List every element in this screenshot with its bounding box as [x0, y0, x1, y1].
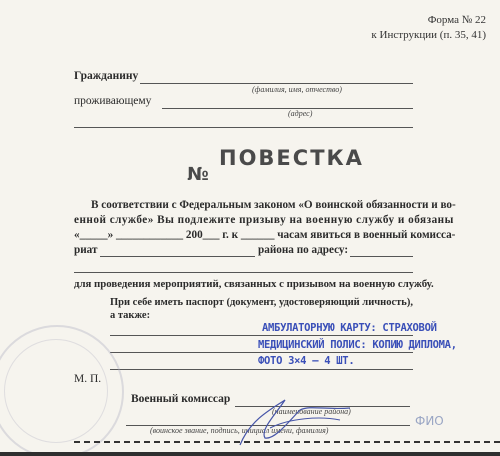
body-line-4-district: района по адресу:: [258, 244, 348, 256]
scan-edge: [0, 452, 500, 456]
commissariat-address-field[interactable]: [350, 256, 413, 257]
official-seal-inner-ring: [4, 339, 108, 443]
body-line-3-date-time: «_____» ____________ 200___ г. к ______ …: [74, 229, 455, 241]
form-number: Форма № 22: [428, 14, 486, 26]
commissariat-district-field[interactable]: [100, 256, 255, 257]
address-label: проживающему: [74, 95, 151, 107]
citizen-name-field[interactable]: [140, 83, 413, 84]
document-title: ПОВЕСТКА: [219, 146, 364, 170]
documents-field-line2[interactable]: [110, 352, 413, 353]
body-line-4-start: риат: [74, 244, 97, 256]
fio-placeholder: ФИО: [415, 414, 444, 428]
citizen-name-caption: (фамилия, имя, отчество): [252, 85, 342, 94]
address-caption: (адрес): [288, 109, 312, 118]
handwritten-line-2: МЕДИЦИНСКИЙ ПОЛИС: КОПИЮ ДИПЛОМА,: [258, 339, 457, 351]
handwritten-line-1: АМБУЛАТОРНУЮ КАРТУ: СТРАХОВОЙ: [262, 322, 437, 334]
summons-number-sign: №: [187, 164, 209, 185]
documents-required-line: При себе иметь паспорт (документ, удосто…: [110, 297, 413, 308]
seal-label: М. П.: [74, 373, 101, 385]
instruction-reference: к Инструкции (п. 35, 41): [371, 29, 486, 41]
body-purpose-line: для проведения мероприятий, связанных с …: [74, 278, 434, 290]
official-seal-stamp: [0, 325, 124, 456]
commissariat-address-field-line2[interactable]: [74, 272, 413, 273]
address-field-line2[interactable]: [74, 127, 413, 128]
body-line-1: В соответствии с Федеральным законом «О …: [91, 199, 456, 211]
cut-line: [74, 441, 500, 443]
commissar-label: Военный комиссар: [131, 393, 230, 405]
body-line-2: енной службе» Вы подлежите призыву на во…: [74, 214, 454, 226]
documents-field-line1[interactable]: [110, 335, 413, 336]
documents-field-line3[interactable]: [110, 369, 413, 370]
documents-also-label: а также:: [110, 310, 150, 321]
handwritten-line-3: ФОТО 3×4 — 4 ШТ.: [258, 355, 354, 367]
citizen-label: Гражданину: [74, 70, 138, 82]
